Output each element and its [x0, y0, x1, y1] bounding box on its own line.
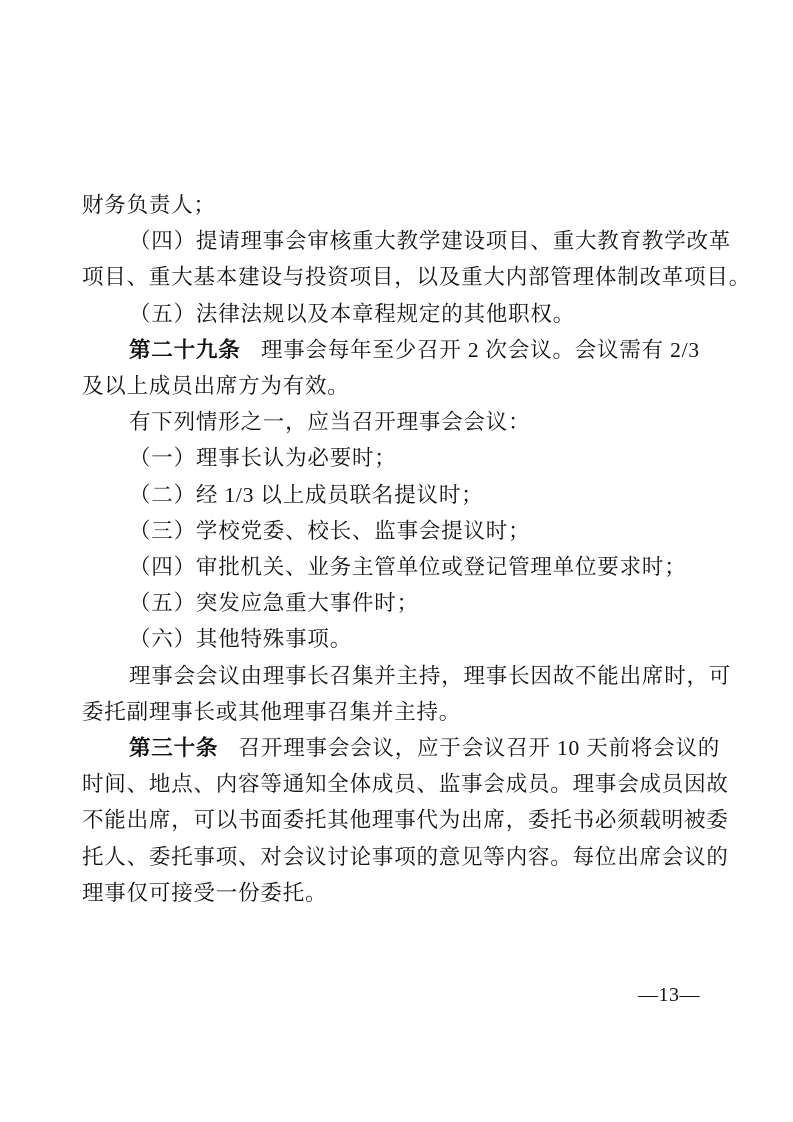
text-line: 理事会会议由理事长召集并主持，理事长因故不能出席时，可 — [82, 658, 734, 694]
line-text: 理事会会议由理事长召集并主持，理事长因故不能出席时，可 — [129, 664, 731, 688]
line-text: 不能出席，可以书面委托其他理事代为出席，委托书必须载明被委 — [82, 808, 729, 832]
text-line: 项目、重大基本建设与投资项目，以及重大内部管理体制改革项目。 — [82, 259, 734, 295]
line-text: 有下列情形之一，应当召开理事会会议： — [129, 410, 530, 434]
line-text: （六）其他特殊事项。 — [129, 627, 352, 651]
line-text: 理事仅可接受一份委托。 — [82, 881, 327, 905]
line-text: 委托副理事长或其他理事召集并主持。 — [82, 700, 461, 724]
text-line: （三）学校党委、校长、监事会提议时； — [82, 513, 734, 549]
text-line: 及以上成员出席方为有效。 — [82, 368, 734, 404]
line-text: 财务负责人； — [82, 193, 216, 217]
text-line: （一）理事长认为必要时； — [82, 440, 734, 476]
line-text: （五）法律法规以及本章程规定的其他职权。 — [129, 302, 575, 326]
text-line: 有下列情形之一，应当召开理事会会议： — [82, 404, 734, 440]
document-page: 财务负责人；（四）提请理事会审核重大教学建设项目、重大教育教学改革项目、重大基本… — [0, 0, 793, 1122]
line-text: （一）理事长认为必要时； — [129, 446, 397, 470]
text-line: （五）法律法规以及本章程规定的其他职权。 — [82, 296, 734, 332]
article-text: 召开理事会会议，应于会议召开 10 天前将会议的 — [218, 736, 720, 760]
article-number: 第二十九条 — [129, 338, 241, 362]
line-text: 托人、委托事项、对会议讨论事项的意见等内容。每位出席会议的 — [82, 845, 729, 869]
line-text: （四）审批机关、业务主管单位或登记管理单位要求时； — [129, 555, 687, 579]
text-line: （六）其他特殊事项。 — [82, 621, 734, 657]
line-text: 及以上成员出席方为有效。 — [82, 374, 350, 398]
text-line: 委托副理事长或其他理事召集并主持。 — [82, 694, 734, 730]
page-number: —13— — [638, 984, 700, 1007]
text-line: 理事仅可接受一份委托。 — [82, 875, 734, 911]
line-text: 时间、地点、内容等通知全体成员、监事会成员。理事会成员因故 — [82, 772, 729, 796]
text-line: 第二十九条理事会每年至少召开 2 次会议。会议需有 2/3 — [82, 332, 734, 368]
text-line: （五）突发应急重大事件时； — [82, 585, 734, 621]
text-line: 第三十条召开理事会会议，应于会议召开 10 天前将会议的 — [82, 730, 734, 766]
article-text: 理事会每年至少召开 2 次会议。会议需有 2/3 — [241, 338, 700, 362]
line-text: （四）提请理事会审核重大教学建设项目、重大教育教学改革 — [129, 229, 731, 253]
text-line: 不能出席，可以书面委托其他理事代为出席，委托书必须载明被委 — [82, 802, 734, 838]
line-text: （二）经 1/3 以上成员联名提议时； — [129, 483, 483, 507]
line-text: （三）学校党委、校长、监事会提议时； — [129, 519, 530, 543]
text-line: （四）审批机关、业务主管单位或登记管理单位要求时； — [82, 549, 734, 585]
text-line: 财务负责人； — [82, 187, 734, 223]
line-text: （五）突发应急重大事件时； — [129, 591, 419, 615]
article-number: 第三十条 — [129, 736, 218, 760]
text-line: （四）提请理事会审核重大教学建设项目、重大教育教学改革 — [82, 223, 734, 259]
document-body: 财务负责人；（四）提请理事会审核重大教学建设项目、重大教育教学改革项目、重大基本… — [82, 187, 734, 911]
text-line: 托人、委托事项、对会议讨论事项的意见等内容。每位出席会议的 — [82, 839, 734, 875]
text-line: 时间、地点、内容等通知全体成员、监事会成员。理事会成员因故 — [82, 766, 734, 802]
text-line: （二）经 1/3 以上成员联名提议时； — [82, 477, 734, 513]
line-text: 项目、重大基本建设与投资项目，以及重大内部管理体制改革项目。 — [82, 265, 751, 289]
